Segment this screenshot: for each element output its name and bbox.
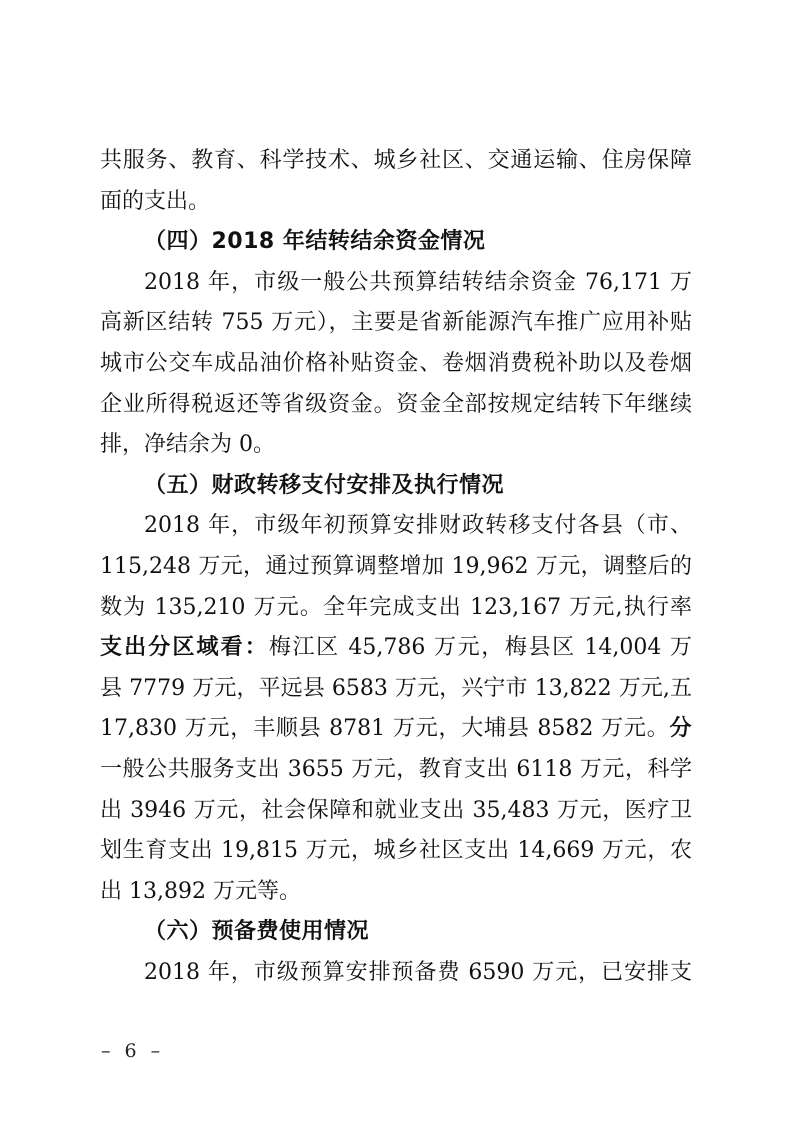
text-line: 高新区结转 755 万元），主要是省新能源汽车推广应用补贴资金、: [100, 303, 692, 344]
text-line: 排，净结余为 0。: [100, 425, 692, 466]
text-run: 高新区结转 755 万元），主要是省新能源汽车推广应用补贴资金、: [100, 310, 692, 344]
document-body: 共服务、教育、科学技术、城乡社区、交通运输、住房保障等方面的支出。（四）2018…: [100, 141, 692, 993]
text-run: 115,248 万元，通过预算调整增加 19,962 万元，调整后的预算: [100, 554, 692, 588]
text-line: 县 7779 万元，平远县 6583 万元，兴宁市 13,822 万元,五华县: [100, 669, 692, 710]
section-heading: （六）预备费使用情况: [100, 912, 692, 953]
text-line: 支出分区域看：梅江区 45,786 万元，梅县区 14,004 万元，蕉岭: [100, 628, 692, 669]
text-run: 共服务、教育、科学技术、城乡社区、交通运输、住房保障等方: [100, 148, 692, 182]
text-run: 17,830 万元，丰顺县 8781 万元，大埔县 8582 万元。: [100, 716, 669, 741]
text-line: 划生育支出 19,815 万元，城乡社区支出 14,669 万元，农林水支: [100, 831, 692, 872]
text-line: 企业所得税返还等省级资金。资金全部按规定结转下年继续安: [100, 385, 692, 426]
text-run: 划生育支出 19,815 万元，城乡社区支出 14,669 万元，农林水支: [100, 838, 692, 872]
text-run: 出 13,892 万元等。: [100, 879, 301, 904]
text-run: 2018 年，市级预算安排预备费 6590 万元，已安排支出 220: [100, 960, 692, 994]
text-line: 2018 年，市级预算安排预备费 6590 万元，已安排支出 220: [100, 953, 692, 994]
text-run: 面的支出。: [100, 189, 210, 214]
document-page: 共服务、教育、科学技术、城乡社区、交通运输、住房保障等方面的支出。（四）2018…: [0, 0, 793, 1122]
section-heading: （四）2018 年结转结余资金情况: [100, 222, 692, 263]
text-line: 2018 年，市级一般公共预算结转结余资金 76,171 万元（含: [100, 263, 692, 304]
text-run: 2018 年，市级年初预算安排财政转移支付各县（市、区）: [100, 513, 692, 547]
section-heading: （五）财政转移支付安排及执行情况: [100, 466, 692, 507]
bold-text-run: 支出分区域看：: [100, 635, 269, 660]
page-number: – 6 –: [101, 1036, 164, 1066]
text-line: 115,248 万元，通过预算调整增加 19,962 万元，调整后的预算: [100, 547, 692, 588]
text-line: 数为 135,210 万元。全年完成支出 123,167 万元,执行率 91.0…: [100, 588, 692, 629]
text-line: 出 3946 万元，社会保障和就业支出 35,483 万元，医疗卫生与计: [100, 791, 692, 832]
text-run: 2018 年，市级一般公共预算结转结余资金 76,171 万元（含: [100, 270, 692, 304]
text-line: 17,830 万元，丰顺县 8781 万元，大埔县 8582 万元。分科目看：: [100, 709, 692, 750]
text-line: 出 13,892 万元等。: [100, 872, 692, 913]
text-line: 共服务、教育、科学技术、城乡社区、交通运输、住房保障等方: [100, 141, 692, 182]
text-line: 2018 年，市级年初预算安排财政转移支付各县（市、区）: [100, 506, 692, 547]
text-run: 数为 135,210 万元。全年完成支出 123,167 万元,执行率 91.0…: [100, 595, 692, 629]
text-run: 城市公交车成品油价格补贴资金、卷烟消费税补助以及卷烟工业: [100, 351, 692, 385]
text-run: 排，净结余为 0。: [100, 432, 275, 457]
bold-text-run: （六）预备费使用情况: [144, 919, 369, 944]
text-line: 面的支出。: [100, 182, 692, 223]
text-run: 一般公共服务支出 3655 万元，教育支出 6118 万元，科学技术支: [100, 757, 692, 791]
text-line: 城市公交车成品油价格补贴资金、卷烟消费税补助以及卷烟工业: [100, 344, 692, 385]
text-run: 出 3946 万元，社会保障和就业支出 35,483 万元，医疗卫生与计: [100, 798, 692, 832]
text-run: 企业所得税返还等省级资金。资金全部按规定结转下年继续安: [100, 392, 692, 426]
text-line: 一般公共服务支出 3655 万元，教育支出 6118 万元，科学技术支: [100, 750, 692, 791]
text-run: 县 7779 万元，平远县 6583 万元，兴宁市 13,822 万元,五华县: [100, 676, 692, 710]
bold-text-run: （五）财政转移支付安排及执行情况: [144, 473, 504, 498]
bold-text-run: （四）2018 年结转结余资金情况: [144, 229, 485, 254]
